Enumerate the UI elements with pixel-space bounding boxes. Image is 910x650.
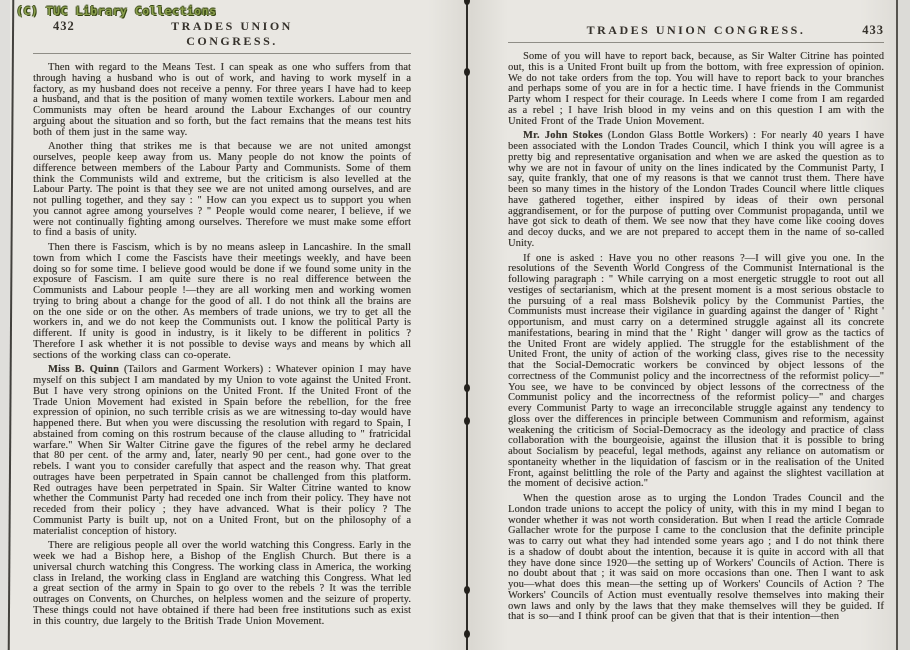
stitch-knot [464, 68, 470, 76]
paragraph: Mr. John Stokes (London Glass Bottle Wor… [508, 131, 884, 249]
right-header-rule [508, 42, 884, 43]
stitch-knot [464, 630, 470, 638]
paragraph: Then with regard to the Means Test. I ca… [33, 63, 411, 138]
page-edge-right-line [896, 0, 898, 650]
paragraph: There are religious people all over the … [33, 541, 411, 627]
gutter-shadow [428, 0, 508, 650]
paragraph: Then there is Fascism, which is by no me… [33, 243, 411, 361]
speaker-name: Mr. John Stokes [523, 130, 603, 141]
right-page-paragraphs: Some of you will have to report back, be… [508, 52, 884, 623]
paragraph: Miss B. Quinn (Tailors and Garment Worke… [33, 365, 411, 537]
right-page-number: 433 [814, 23, 884, 38]
right-running-title: TRADES UNION CONGRESS. [578, 23, 814, 38]
stitch-knot [464, 417, 470, 425]
scan-right-margin [898, 0, 910, 650]
left-page-number: 432 [33, 19, 123, 34]
scanned-book-spread: 432 TRADES UNION CONGRESS. Then with reg… [0, 0, 910, 650]
stitch-knot [464, 586, 470, 594]
paragraph: If one is asked : Have you no other reas… [508, 254, 884, 491]
right-page-header: TRADES UNION CONGRESS. 433 [508, 0, 884, 38]
left-header-rule [33, 53, 411, 54]
left-page: 432 TRADES UNION CONGRESS. Then with reg… [33, 0, 411, 631]
stitch-knot [464, 384, 470, 392]
paragraph: When the question arose as to urging the… [508, 494, 884, 623]
right-page: TRADES UNION CONGRESS. 433 Some of you w… [508, 0, 884, 627]
stitch-knot [464, 0, 470, 5]
book-spine-stitching [466, 0, 468, 650]
left-running-title: TRADES UNION CONGRESS. [123, 19, 341, 49]
left-page-paragraphs: Then with regard to the Means Test. I ca… [33, 63, 411, 627]
paragraph: Some of you will have to report back, be… [508, 52, 884, 127]
library-watermark: (C) TUC Library Collections [16, 4, 216, 18]
paragraph: Another thing that strikes me is that be… [33, 142, 411, 239]
speaker-name: Miss B. Quinn [48, 364, 119, 375]
